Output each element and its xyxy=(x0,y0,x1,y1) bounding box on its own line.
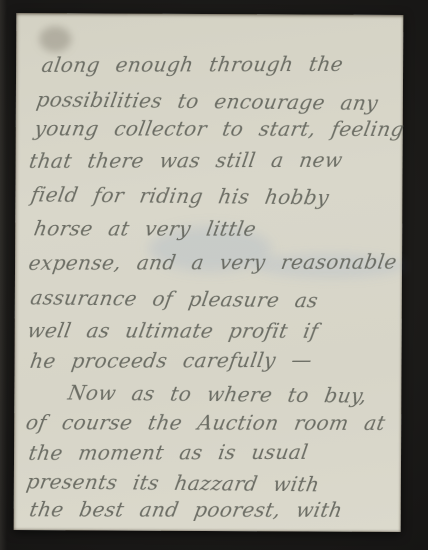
handwritten-line: well as ultimate profit if xyxy=(26,318,321,342)
handwritten-line: he proceeds carefully — xyxy=(28,348,313,373)
handwritten-line: the moment as is usual xyxy=(27,440,310,465)
handwritten-line: expense, and a very reasonable xyxy=(27,250,399,275)
handwriting-layer: along enough through the possibilities t… xyxy=(14,13,404,532)
handwritten-line: Now as to where to buy, xyxy=(66,380,369,407)
handwritten-line: presents its hazzard with xyxy=(25,469,322,496)
handwritten-line: along enough through the xyxy=(40,52,345,77)
handwritten-line: field for riding his hobby xyxy=(29,182,331,209)
handwritten-line: horse at very little xyxy=(32,216,258,240)
letter-page: along enough through the possibilities t… xyxy=(14,13,404,532)
handwritten-line: that there was still a new xyxy=(28,148,345,173)
handwritten-line: possibilities to encourage any xyxy=(35,87,380,115)
handwritten-line: of course the Auction room at xyxy=(24,410,387,435)
handwritten-line: assurance of pleasure as xyxy=(29,285,320,312)
scan-background: along enough through the possibilities t… xyxy=(0,0,428,550)
handwritten-line: the best and poorest, with xyxy=(28,497,345,522)
handwritten-line: young collector to start, feeling xyxy=(33,116,407,141)
